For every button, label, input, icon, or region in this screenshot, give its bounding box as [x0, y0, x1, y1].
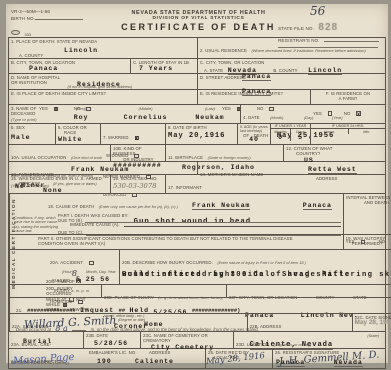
field-interval: INTERVAL BETWEEN ONSET AND DEATH: [343, 194, 391, 215]
city-of-death-value: Panaca: [29, 65, 128, 72]
informant-address-label: ADDRESS: [316, 176, 337, 181]
first-label: (First): [53, 106, 109, 111]
field-street-address: D. STREET ADDRESS Panaca: [198, 74, 385, 89]
field-cause-of-death: 18. CAUSE OF DEATH (Enter only one cause…: [10, 194, 343, 215]
conditions-note: Conditions, if any, which gave rise to a…: [14, 216, 58, 234]
degree-value: Coroner: [114, 323, 148, 330]
middle-label: (Middle): [109, 106, 182, 111]
months-value: 0: [271, 134, 291, 141]
residence-city-label: C. CITY, TOWN, OR LOCATION: [200, 60, 383, 65]
middle-name-value: Cornelius: [109, 114, 182, 121]
name-label: 3. NAME OFDECEASED (Type or print): [11, 106, 53, 122]
field-date-of-death: 4. DATE (Month) (Day) (Year) OF DEATH Ma…: [241, 105, 385, 123]
stay-value: 7 Years: [139, 65, 195, 72]
yes-label: YES: [346, 239, 355, 244]
field-cemetery-location: 23D. LOCATION (City, town, or county) (S…: [234, 332, 385, 348]
last-label: (Last): [182, 106, 238, 111]
field-under-1-year: IF UNDER 1 YEAR Months Days 0 5: [271, 124, 311, 144]
describe-injury-line2: wound inflicted by 300 Cal. Savage Rifle: [122, 271, 391, 279]
hours-label: Hours: [311, 129, 349, 134]
field-place-of-injury: 20E. PLACE OF INJURY (e. g., in or about…: [102, 285, 227, 297]
name-note: (Type or print): [11, 117, 37, 122]
field-under-24-hrs: IF UNDER 24 HRS. Hours Min.: [311, 124, 385, 144]
field-ssn: 16. SOCIAL SEC. NO. 530-03-3078: [111, 175, 166, 193]
row-name-dod: 3. NAME OFDECEASED (Type or print) (Firs…: [9, 105, 385, 124]
field-autopsy: 19. WAS AUTOPSYPERFORMED? YES NO: [343, 235, 391, 249]
field-due-to: Conditions, if any, which gave rise to a…: [10, 215, 343, 234]
death-limits-label: E. IS PLACE OF DEATH INSIDE CITY LIMITS?: [11, 91, 195, 96]
cemetery-label: 23C. NAME OF CEMETERY OR CREMATORY: [143, 333, 231, 344]
last-name-value: Neukam: [182, 114, 238, 121]
age-value: 40: [240, 136, 268, 143]
field-mother-name: 14. MOTHER'S MAIDEN NAME Retta West: [198, 162, 385, 174]
handwritten-number: 56: [310, 4, 325, 18]
field-burial: 23A. BURIAL, CRE-MATION, REMOVAL (Specif…: [9, 332, 84, 348]
field-informant: 17. INFORMANT ADDRESS Frank Neukam Panac…: [166, 175, 385, 193]
field-date-of-birth: 8. DATE OF BIRTH May 20,1916: [166, 124, 238, 144]
street-address-label: D. STREET ADDRESS: [200, 75, 383, 80]
cause-label: 18. CAUSE OF DEATH: [48, 204, 94, 209]
degree-note: (Degree or title): [118, 317, 145, 322]
header-center: NEVADA STATE DEPARTMENT OF HEALTH DIVISI…: [101, 10, 296, 32]
row-certifier-signature: 22A. SIGNATURE Willard G. Smith (Degree …: [10, 313, 391, 331]
field-describe-injury-line2: wound inflicted by 300 Cal. Savage Rifle: [120, 269, 391, 284]
injury-occurred-label: 20D. INJURY OCCURRED: [46, 286, 99, 297]
days-value: 5: [291, 134, 310, 141]
residence-limits-label: E. IS RESIDENCE INSIDE CITY LIMITS?: [200, 91, 308, 96]
certifier-address-label: 22B. ADDRESS: [250, 324, 282, 329]
row-funeral-registrar: 24. FUNERAL DIRECTOR EMBALMER'S LIC. NO.…: [9, 349, 385, 368]
field-injury-city: 20F. CITY, TOWN, OR LOCATION COUNTY STAT…: [227, 285, 391, 297]
describe-injury-label: 20B. DESCRIBE HOW INJURY OCCURRED.: [122, 260, 213, 265]
hour-note: (Hour): [62, 269, 73, 274]
farm-label: F. IS RESIDENCE ONA FARM?: [313, 91, 383, 102]
field-burial-date: 23B. DATE 5/28/56: [84, 332, 141, 348]
row-city-limits: E. IS PLACE OF DEATH INSIDE CITY LIMITS?…: [9, 90, 385, 105]
usual-residence-label: 2. USUAL RESIDENCE: [200, 48, 247, 53]
occupation-label: 10A. USUAL OCCUPATION: [11, 155, 67, 160]
row-demographics: 5. SEX Male 6. COLOR ORRACE White 7. MAR…: [9, 124, 385, 145]
mdy-note: Month, Day, Year: [86, 269, 116, 274]
paper-sheet: VR-2—50M—1-56 BIRTH NO. 333 NEVADA STATE…: [6, 4, 388, 363]
location-state-note: (State): [367, 333, 379, 338]
due-to-b-label: DUE TO (B).: [58, 218, 83, 223]
field-place-of-death: 1. PLACE OF DEATH: STATE OF NEVADA A. CO…: [9, 38, 198, 58]
location-note: (City, town, or county): [274, 342, 312, 347]
row-cause-of-death: 18. CAUSE OF DEATH (Enter only one cause…: [10, 194, 391, 215]
row-city-stay: B. CITY, TOWN, OR LOCATION Panaca C. LEN…: [9, 59, 385, 74]
describe-injury-note: (Enter nature of injury in Part I or Par…: [217, 260, 305, 265]
document-title: CERTIFICATE OF DEATH: [101, 22, 296, 32]
field-name-of-deceased: 3. NAME OFDECEASED (Type or print) (Firs…: [9, 105, 241, 123]
row-parents: 13. FATHER'S NAME Frank Neukam 14. MOTHE…: [9, 162, 385, 175]
row-part2-autopsy: PART II. OTHER SIGNIFICANT CONDITIONS CO…: [10, 234, 391, 249]
field-attendance-statement: 21. ############### Inquest ## Held 5/25…: [10, 298, 391, 313]
field-marital-status: 7. MARRIED X WIDOWED NEVER MARRIED DIVOR…: [101, 124, 166, 144]
field-birthplace: 11. BIRTHPLACE (State or foreign country…: [166, 145, 284, 161]
field-father-name: 13. FATHER'S NAME Frank Neukam: [9, 162, 198, 174]
scanned-certificate: VR-2—50M—1-56 BIRTH NO. 333 NEVADA STATE…: [0, 0, 391, 370]
place-of-death-label: 1. PLACE OF DEATH: STATE OF NEVADA: [11, 39, 195, 44]
hospital-value: Residence: [77, 81, 121, 88]
row-attendance-statement: 21. ############### Inquest ## Held 5/25…: [10, 297, 391, 313]
industry-label: 10B. KIND OF BUSINESSOR INDUSTRY: [113, 146, 163, 162]
informant-label: 17. INFORMANT: [168, 185, 202, 190]
last-name-col: (Last) Neukam: [182, 106, 238, 122]
burial-value: Burial: [23, 338, 52, 345]
ssn-value: 530-03-3078: [113, 182, 163, 190]
no-label: NO: [378, 239, 385, 244]
field-time-of-injury: 20C. TIME OF 8 (Hour) Month, Day, Year I…: [10, 269, 120, 284]
row-manner-describe: 20A. ACCIDENT SUICIDE X HOMICIDE 20B. DE…: [10, 249, 391, 269]
field-describe-injury: 20B. DESCRIBE HOW INJURY OCCURRED. (Ente…: [120, 250, 391, 269]
field-age: 9. AGE (In years last birthday) 40: [238, 124, 271, 144]
field-injury-at-work: 20D. INJURY OCCURRED WHILE AT NOT WHILE …: [10, 285, 102, 297]
accident-checkbox: [89, 261, 94, 266]
race-value: White: [58, 136, 98, 143]
burial-date-value: 5/28/56: [94, 340, 138, 347]
dob-value: May 20,1916: [168, 132, 235, 140]
union-label-icon: [11, 30, 20, 35]
medical-certification-content: 18. CAUSE OF DEATH (Enter only one cause…: [10, 194, 391, 331]
under1-label: IF UNDER 1 YEAR: [271, 124, 310, 128]
middle-name-col: (Middle) Cornelius: [109, 106, 182, 122]
autopsy-yes-checkbox: [361, 240, 366, 245]
dod-day-label: (Day): [304, 115, 314, 120]
field-residence-farm: F. IS RESIDENCE ONA FARM? YES NO X: [311, 90, 385, 104]
fd-address-label: ADDRESS: [149, 350, 170, 355]
sex-value: Male: [11, 134, 53, 141]
field-part2: PART II. OTHER SIGNIFICANT CONDITIONS CO…: [10, 235, 343, 249]
min-label: Min.: [349, 129, 386, 134]
cause-note: (Enter only one cause per line for (a), …: [99, 204, 178, 209]
field-industry: 10B. KIND OF BUSINESSOR INDUSTRY #######…: [111, 145, 166, 161]
field-hospital: D. NAME OF HOSPITAL OR INSTITUTION (If n…: [9, 74, 198, 89]
field-death-city-limits: E. IS PLACE OF DEATH INSIDE CITY LIMITS?…: [9, 90, 198, 104]
field-citizen: 12. CITIZEN OF WHATCOUNTRY? US: [284, 145, 385, 161]
race-label: 6. COLOR ORRACE: [58, 125, 98, 136]
accident-label: 20A. ACCIDENT: [50, 260, 83, 265]
field-residence-city-limits: E. IS RESIDENCE INSIDE CITY LIMITS? YES …: [198, 90, 311, 104]
medical-certification-block: MEDICAL CERTIFICATION 18. CAUSE OF DEATH…: [9, 194, 385, 332]
first-name-col: (First) Roy: [53, 106, 109, 122]
department-line2: DIVISION OF VITAL STATISTICS: [101, 16, 296, 21]
field-usual-residence: 2. USUAL RESIDENCE (Where deceased lived…: [198, 38, 385, 58]
coroner-signature: Willard G. Smith: [24, 314, 117, 332]
service-note2: (If yes, give war or dates): [53, 181, 97, 186]
birth-no-label: BIRTH NO.: [11, 16, 83, 22]
married-checkbox: X: [135, 136, 140, 141]
location-label: 23D. LOCATION: [236, 342, 269, 347]
dod-label: 4. DATE: [243, 115, 260, 120]
row-injury-location: 20D. INJURY OCCURRED WHILE AT NOT WHILE …: [10, 284, 391, 297]
field-race: 6. COLOR ORRACE White: [56, 124, 101, 144]
date-signed-value: May 28, 1956: [355, 319, 391, 326]
interval-label: INTERVAL BETWEEN ONSET AND DEATH: [346, 195, 391, 206]
row-service-informant: 15. WAS DECEASED EVER IN U. S. ARMEDFORC…: [9, 175, 385, 194]
row-time-of-injury: 20C. TIME OF 8 (Hour) Month, Day, Year I…: [10, 269, 391, 284]
service-value2: None: [43, 187, 62, 194]
field-city-of-death: B. CITY, TOWN, OR LOCATION Panaca: [9, 59, 131, 73]
county-value: Lincoln: [64, 47, 98, 54]
age-label: 9. AGE (In years last birthday): [240, 125, 268, 134]
row-disposition: 23A. BURIAL, CRE-MATION, REMOVAL (Specif…: [9, 332, 385, 349]
row-occupation: 10A. USUAL OCCUPATION (Give kind of work…: [9, 145, 385, 162]
county-label: A. COUNTY: [19, 53, 43, 58]
field-certifier-address: 22B. ADDRESS Caliente, Nevada: [248, 314, 353, 331]
funeral-director-signature: Mason Page: [13, 352, 75, 367]
hospital-label: D. NAME OF HOSPITAL OR INSTITUTION: [11, 75, 63, 86]
part2-label: PART II. OTHER SIGNIFICANT CONDITIONS CO…: [38, 236, 308, 247]
field-occupation: 10A. USUAL OCCUPATION (Give kind of work…: [9, 145, 111, 161]
field-date-received: 25. DATE REC'D BYLOCAL REG. May 28, 1916: [206, 349, 273, 368]
time-injury-value: 5 25 56: [76, 276, 110, 283]
mother-value: Retta West: [308, 166, 357, 174]
header: VR-2—50M—1-56 BIRTH NO. 333 NEVADA STATE…: [6, 4, 388, 37]
field-length-of-stay: C. LENGTH OF STAY IN 1B 7 Years: [131, 59, 198, 73]
field-residence-city: C. CITY, TOWN, OR LOCATION Panaca: [198, 59, 385, 73]
field-certifier-signature: 22A. SIGNATURE Willard G. Smith (Degree …: [10, 314, 248, 331]
dod-year-label: (Year): [332, 115, 343, 120]
sex-label: 5. SEX: [11, 125, 53, 130]
fd-address-value: Caliente: [135, 358, 174, 365]
father-value: Frank Neukam: [71, 166, 129, 173]
usual-residence-note: (Where deceased lived. If institution: R…: [251, 48, 365, 53]
row-due-to: Conditions, if any, which gave rise to a…: [10, 215, 391, 234]
row-hospital-street: D. NAME OF HOSPITAL OR INSTITUTION (If n…: [9, 74, 385, 90]
citizen-label: 12. CITIZEN OF WHATCOUNTRY?: [286, 146, 383, 157]
burial-date-label: 23B. DATE: [86, 333, 138, 338]
field-funeral-director: 24. FUNERAL DIRECTOR EMBALMER'S LIC. NO.…: [9, 349, 206, 368]
field-sex: 5. SEX Male: [9, 124, 56, 144]
row-place-residence: 1. PLACE OF DEATH: STATE OF NEVADA A. CO…: [9, 38, 385, 59]
certificate-form: 1. PLACE OF DEATH: STATE OF NEVADA A. CO…: [8, 37, 386, 369]
field-registrar-signature: 26. REGISTRAR'S SIGNATURE J. H. Gemmell …: [273, 349, 385, 368]
field-armed-forces: 15. WAS DECEASED EVER IN U. S. ARMEDFORC…: [9, 175, 111, 193]
birthplace-label: 11. BIRTHPLACE: [168, 155, 203, 160]
field-date-signed: 22C. DATE SIGNED May 28, 1956: [353, 314, 391, 331]
dod-month-label: (Month): [270, 115, 283, 120]
first-name-value: Roy: [53, 114, 109, 121]
embalmer-lic-value: 190: [97, 358, 112, 365]
form-number-text: VR-2—50M—1-56: [11, 9, 83, 15]
ssn-label: 16. SOCIAL SEC. NO.: [113, 176, 163, 181]
birthplace-note: (State or foreign country): [208, 155, 251, 160]
married-label: 7. MARRIED: [103, 135, 129, 140]
service-value: No: [15, 183, 25, 190]
embalmer-lic-label: EMBALMER'S LIC. NO.: [89, 350, 137, 355]
field-manner-of-death: 20A. ACCIDENT SUICIDE X HOMICIDE: [10, 250, 120, 269]
dob-label: 8. DATE OF BIRTH: [168, 125, 235, 130]
field-cemetery: 23C. NAME OF CEMETERY OR CREMATORY City …: [141, 332, 234, 348]
